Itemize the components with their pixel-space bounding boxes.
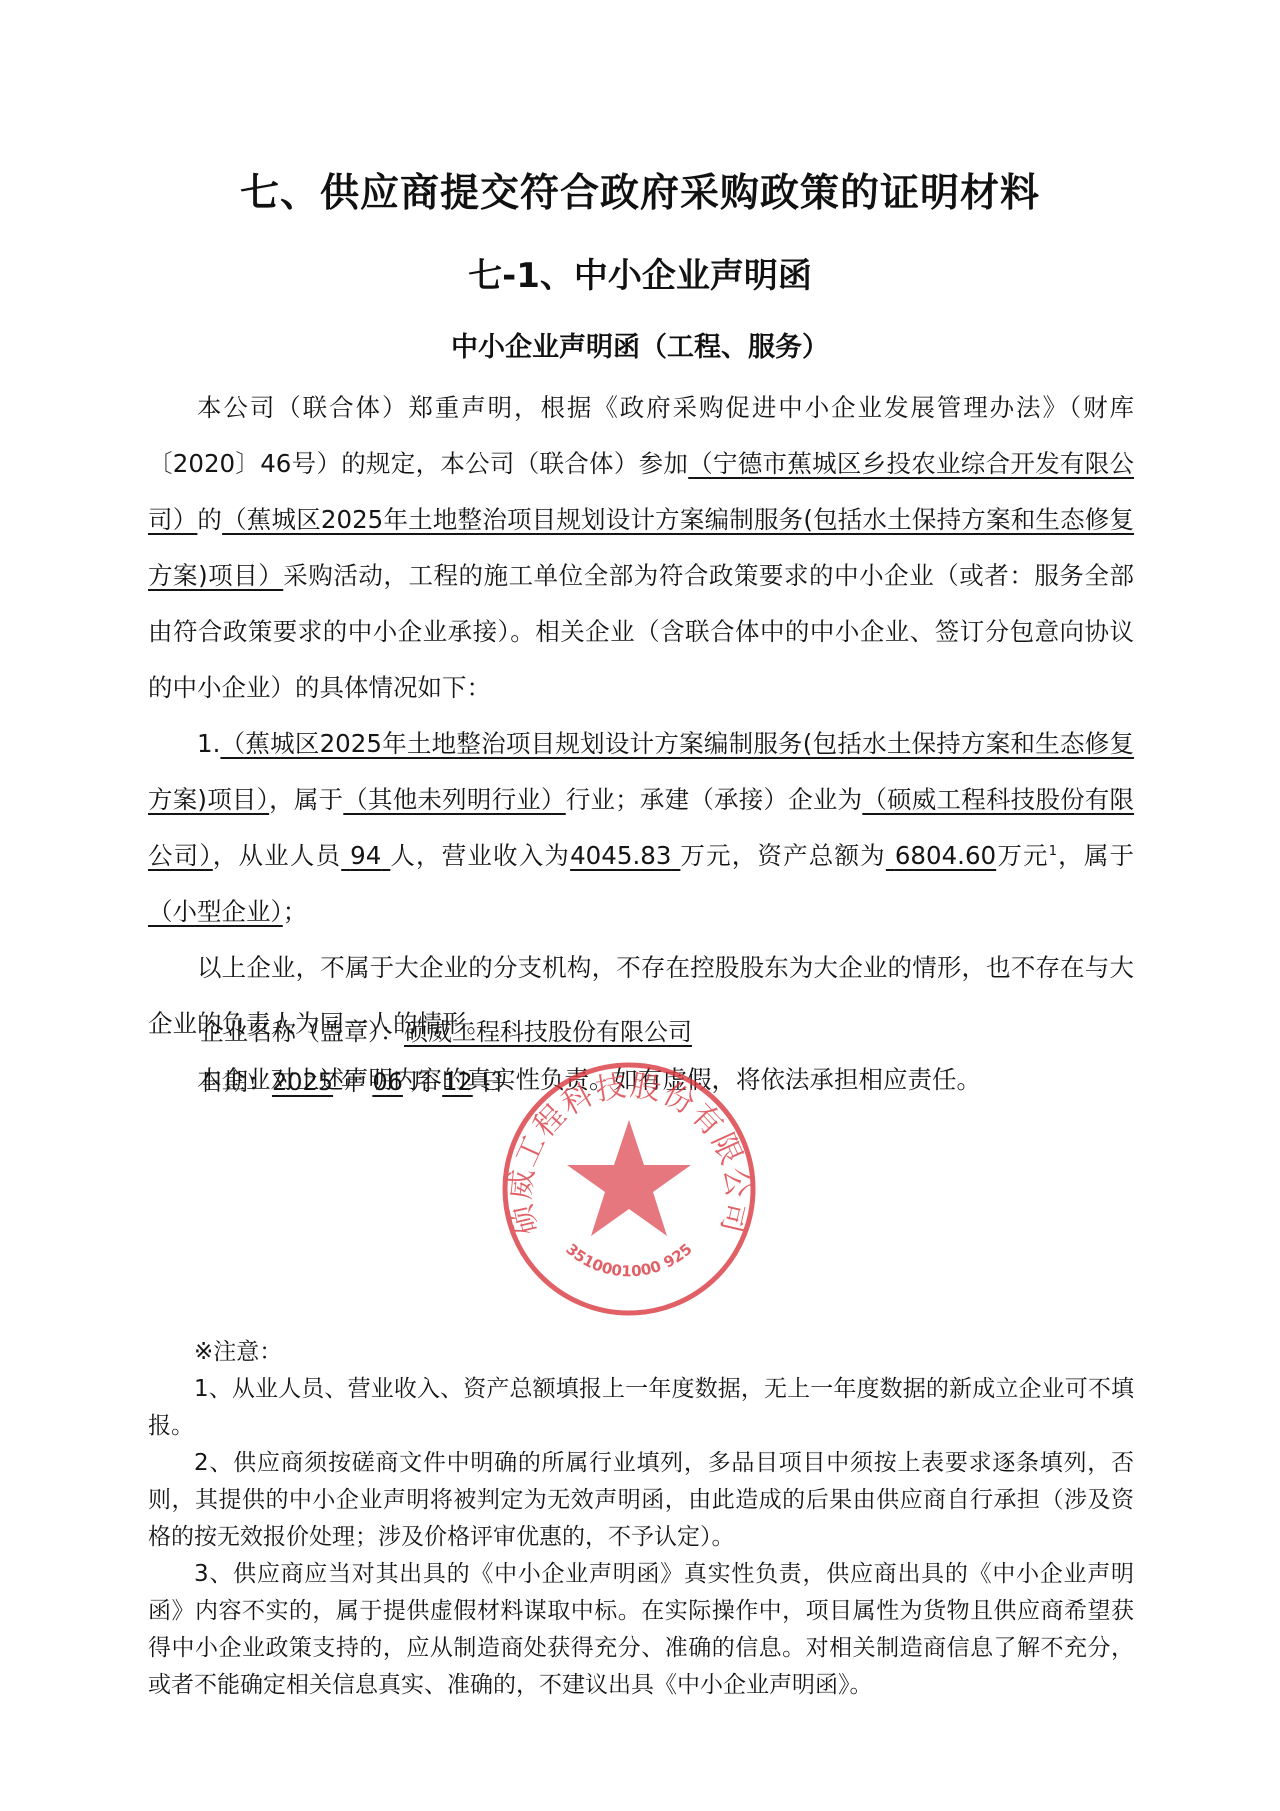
- item-text: ，从业人员: [213, 841, 341, 870]
- company-name-label: 企业名称（盖章）：: [200, 1018, 404, 1046]
- intro-text-c: 采购活动，工程的施工单位全部为符合政策要求的中小企业（或者：服务全部由符合政策要…: [148, 561, 1134, 702]
- company-name-value: 硕威工程科技股份有限公司: [404, 1018, 692, 1046]
- intro-text-b: 的: [197, 505, 222, 534]
- item-text: 人，营业收入为: [390, 841, 570, 870]
- date-label: 日期：: [200, 1068, 272, 1096]
- item-text: 行业；承建（承接）企业为: [566, 785, 863, 814]
- subsection-title: 七-1、中小企业声明函: [0, 248, 1280, 297]
- item-number: 1.: [197, 729, 220, 758]
- date-year: 2025: [272, 1068, 333, 1096]
- date-line: 日期：2025 年 06 月 12 日: [200, 1062, 504, 1097]
- intro-paragraph: 本公司（联合体）郑重声明，根据《政府采购促进中小企业发展管理办法》（财库〔202…: [148, 380, 1134, 716]
- footnote-marker: 1: [1049, 844, 1057, 859]
- notes-heading: ※注意：: [148, 1334, 1134, 1371]
- item-text: 万元: [996, 841, 1049, 870]
- form-title: 中小企业声明函（工程、服务）: [0, 325, 1280, 364]
- date-unit: 日: [480, 1068, 504, 1096]
- date-unit: 年: [341, 1068, 365, 1096]
- item-assets: 6804.60: [886, 841, 996, 870]
- document-page: 七、供应商提交符合政府采购政策的证明材料 七-1、中小企业声明函 中小企业声明函…: [0, 0, 1280, 1811]
- declaration-body: 本公司（联合体）郑重声明，根据《政府采购促进中小企业发展管理办法》（财库〔202…: [148, 380, 1134, 1108]
- notes-section: ※注意： 1、从业人员、营业收入、资产总额填报上一年度数据，无上一年度数据的新成…: [148, 1334, 1134, 1704]
- company-name-line: 企业名称（盖章）：硕威工程科技股份有限公司: [200, 1012, 692, 1047]
- note-item: 3、供应商应当对其出具的《中小企业声明函》真实性负责，供应商出具的《中小企业声明…: [148, 1556, 1134, 1704]
- note-item: 1、从业人员、营业收入、资产总额填报上一年度数据，无上一年度数据的新成立企业可不…: [148, 1371, 1134, 1445]
- date-day: 12: [442, 1068, 473, 1096]
- item-text: ，属于: [269, 785, 343, 814]
- svg-text:3510001000 925: 3510001000 925: [562, 1240, 695, 1280]
- date-month: 06: [372, 1068, 403, 1096]
- item-revenue: 4045.83: [570, 841, 680, 870]
- item-text: ，属于: [1057, 841, 1134, 870]
- item-scale: （小型企业）: [148, 897, 283, 926]
- enterprise-item-1: 1.（蕉城区2025年土地整治项目规划设计方案编制服务(包括水土保持方案和生态修…: [148, 716, 1134, 940]
- note-item: 2、供应商须按磋商文件中明确的所属行业填列，多品目项目中须按上表要求逐条填列，否…: [148, 1445, 1134, 1556]
- item-industry: （其他未列明行业）: [343, 785, 565, 814]
- section-title: 七、供应商提交符合政府采购政策的证明材料: [0, 162, 1280, 218]
- item-text: ；: [283, 897, 308, 926]
- date-unit: 月: [411, 1068, 435, 1096]
- item-text: 万元，资产总额为: [680, 841, 885, 870]
- item-employees: 94: [341, 841, 390, 870]
